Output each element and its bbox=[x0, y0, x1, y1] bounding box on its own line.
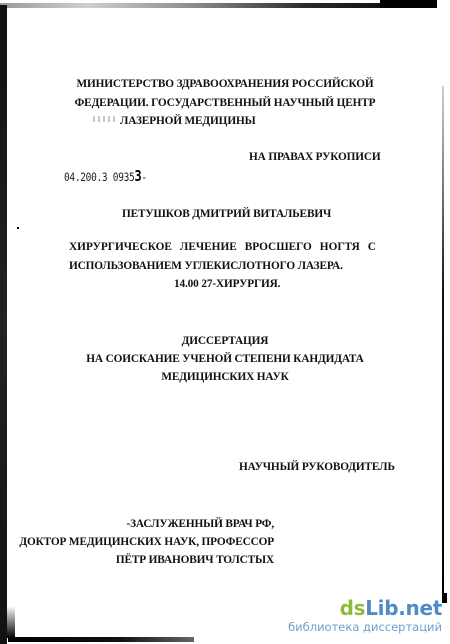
registration-number-stamp: 04.200.3 09353- bbox=[64, 167, 147, 185]
title-word: С bbox=[368, 240, 376, 254]
watermark-brand-prefix: ds bbox=[340, 596, 366, 620]
title-word: НОГТЯ bbox=[320, 240, 360, 254]
institution-line-2: ФЕДЕРАЦИИ. ГОСУДАРСТВЕННЫЙ НАУЧНЫЙ ЦЕНТР bbox=[0, 96, 450, 110]
scan-border-bottom bbox=[8, 637, 194, 642]
watermark-brand-rest: Lib.net bbox=[365, 596, 442, 620]
scan-noise bbox=[93, 116, 115, 122]
supervisor-title-2: ДОКТОР МЕДИЦИНСКИХ НАУК, ПРОФЕССОР bbox=[19, 535, 274, 549]
scan-corner-smudge bbox=[7, 606, 15, 638]
supervisor-heading: НАУЧНЫЙ РУКОВОДИТЕЛЬ bbox=[239, 460, 395, 474]
watermark-subtitle: библиотека диссертаций bbox=[288, 619, 442, 635]
specialty-code: 14.00 27-ХИРУРГИЯ. bbox=[174, 277, 280, 291]
institution-line-1: МИНИСТЕРСТВО ЗДРАВООХРАНЕНИЯ РОССИЙСКОЙ bbox=[0, 77, 450, 91]
supervisor-name: ПЁТР ИВАНОВИЧ ТОЛСТЫХ bbox=[116, 553, 274, 567]
registration-number-suffix: - bbox=[141, 171, 146, 185]
scanned-title-page: МИНИСТЕРСТВО ЗДРАВООХРАНЕНИЯ РОССИЙСКОЙ … bbox=[0, 0, 450, 644]
scan-speck bbox=[17, 227, 19, 229]
registration-number: 04.200.3 0935 bbox=[64, 171, 134, 185]
dslib-watermark: dsLib.net библиотека диссертаций bbox=[288, 598, 442, 635]
degree-line-3: МЕДИЦИНСКИХ НАУК bbox=[0, 370, 450, 384]
author-name: ПЕТУШКОВ ДМИТРИЙ ВИТАЛЬЕВИЧ bbox=[122, 207, 331, 221]
degree-line-2: НА СОИСКАНИЕ УЧЕНОЙ СТЕПЕНИ КАНДИДАТА bbox=[0, 352, 450, 366]
watermark-brand: dsLib.net bbox=[288, 598, 442, 618]
title-word: ЛЕЧЕНИЕ bbox=[180, 240, 237, 254]
scan-border-right-mark bbox=[442, 593, 447, 603]
supervisor-title-1: -ЗАСЛУЖЕННЫЙ ВРАЧ РФ, bbox=[126, 517, 274, 531]
thesis-title-line-2: ИСПОЛЬЗОВАНИЕМ УГЛЕКИСЛОТНОГО ЛАЗЕРА. bbox=[69, 259, 343, 273]
scan-border-top-right bbox=[380, 0, 437, 8]
institution-line-3: ЛАЗЕРНОЙ МЕДИЦИНЫ bbox=[120, 114, 256, 128]
title-word: ВРОСШЕГО bbox=[245, 240, 312, 254]
document-type: ДИССЕРТАЦИЯ bbox=[0, 334, 450, 348]
scan-border-top bbox=[0, 3, 437, 8]
title-word: ХИРУРГИЧЕСКОЕ bbox=[69, 240, 172, 254]
rights-notice: НА ПРАВАХ РУКОПИСИ bbox=[249, 150, 381, 164]
thesis-title-line-1: ХИРУРГИЧЕСКОЕ ЛЕЧЕНИЕ ВРОСШЕГО НОГТЯ С bbox=[69, 240, 376, 254]
